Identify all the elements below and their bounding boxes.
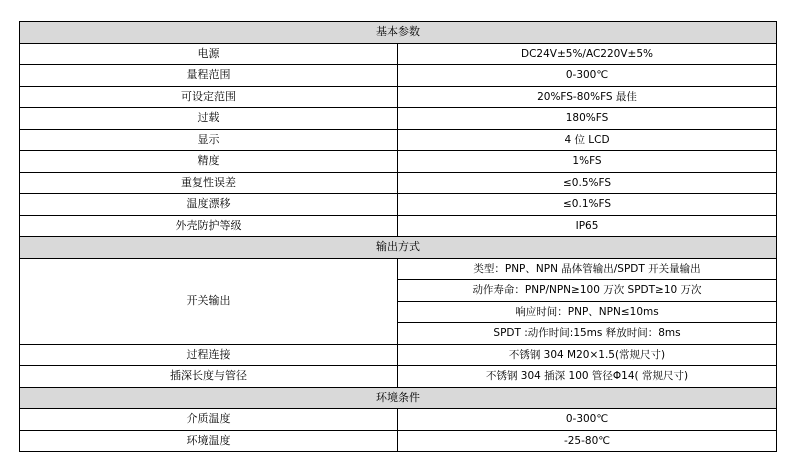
row-label: 环境温度 [20, 430, 398, 452]
row-label: 过载 [20, 108, 398, 130]
table-row: 精度 1%FS [20, 151, 777, 173]
table-row: 插深长度与管径 不锈钢 304 插深 100 管径Φ14( 常规尺寸) [20, 366, 777, 388]
section-header-basic: 基本参数 [20, 22, 777, 44]
section-title: 环境条件 [20, 387, 777, 409]
row-label: 可设定范围 [20, 86, 398, 108]
row-label: 插深长度与管径 [20, 366, 398, 388]
table-row: 介质温度 0-300℃ [20, 409, 777, 431]
row-label: 过程连接 [20, 344, 398, 366]
table-row: 环境温度 -25-80℃ [20, 430, 777, 452]
section-header-environment: 环境条件 [20, 387, 777, 409]
table-row: 外壳防护等级 IP65 [20, 215, 777, 237]
section-title: 输出方式 [20, 237, 777, 259]
row-value: 响应时间：PNP、NPN≤10ms [398, 301, 777, 323]
spec-table: 基本参数 电源 DC24V±5%/AC220V±5% 量程范围 0-300℃ 可… [19, 21, 777, 452]
row-label: 温度漂移 [20, 194, 398, 216]
row-value: 0-300℃ [398, 65, 777, 87]
row-label: 介质温度 [20, 409, 398, 431]
table-row: 过载 180%FS [20, 108, 777, 130]
section-title: 基本参数 [20, 22, 777, 44]
row-value: 动作寿命：PNP/NPN≥100 万次 SPDT≥10 万次 [398, 280, 777, 302]
row-label: 量程范围 [20, 65, 398, 87]
table-row: 过程连接 不锈钢 304 M20×1.5(常规尺寸) [20, 344, 777, 366]
table-row: 重复性误差 ≤0.5%FS [20, 172, 777, 194]
row-value: ≤0.1%FS [398, 194, 777, 216]
section-header-output: 输出方式 [20, 237, 777, 259]
row-value: 1%FS [398, 151, 777, 173]
row-value: 不锈钢 304 M20×1.5(常规尺寸) [398, 344, 777, 366]
table-row: 温度漂移 ≤0.1%FS [20, 194, 777, 216]
row-value: 不锈钢 304 插深 100 管径Φ14( 常规尺寸) [398, 366, 777, 388]
row-value: ≤0.5%FS [398, 172, 777, 194]
row-label: 精度 [20, 151, 398, 173]
row-value: 180%FS [398, 108, 777, 130]
row-value: 类型：PNP、NPN 晶体管输出/SPDT 开关量输出 [398, 258, 777, 280]
row-label: 外壳防护等级 [20, 215, 398, 237]
row-value: 20%FS-80%FS 最佳 [398, 86, 777, 108]
row-value: IP65 [398, 215, 777, 237]
table-row: 量程范围 0-300℃ [20, 65, 777, 87]
row-value: DC24V±5%/AC220V±5% [398, 43, 777, 65]
row-value: -25-80℃ [398, 430, 777, 452]
row-value: SPDT :动作时间:15ms 释放时间：8ms [398, 323, 777, 345]
table-row: 开关输出 类型：PNP、NPN 晶体管输出/SPDT 开关量输出 [20, 258, 777, 280]
row-value: 4 位 LCD [398, 129, 777, 151]
row-label: 电源 [20, 43, 398, 65]
row-label: 显示 [20, 129, 398, 151]
table-row: 电源 DC24V±5%/AC220V±5% [20, 43, 777, 65]
row-value: 0-300℃ [398, 409, 777, 431]
table-row: 可设定范围 20%FS-80%FS 最佳 [20, 86, 777, 108]
table-row: 显示 4 位 LCD [20, 129, 777, 151]
row-label: 重复性误差 [20, 172, 398, 194]
row-label: 开关输出 [20, 258, 398, 344]
